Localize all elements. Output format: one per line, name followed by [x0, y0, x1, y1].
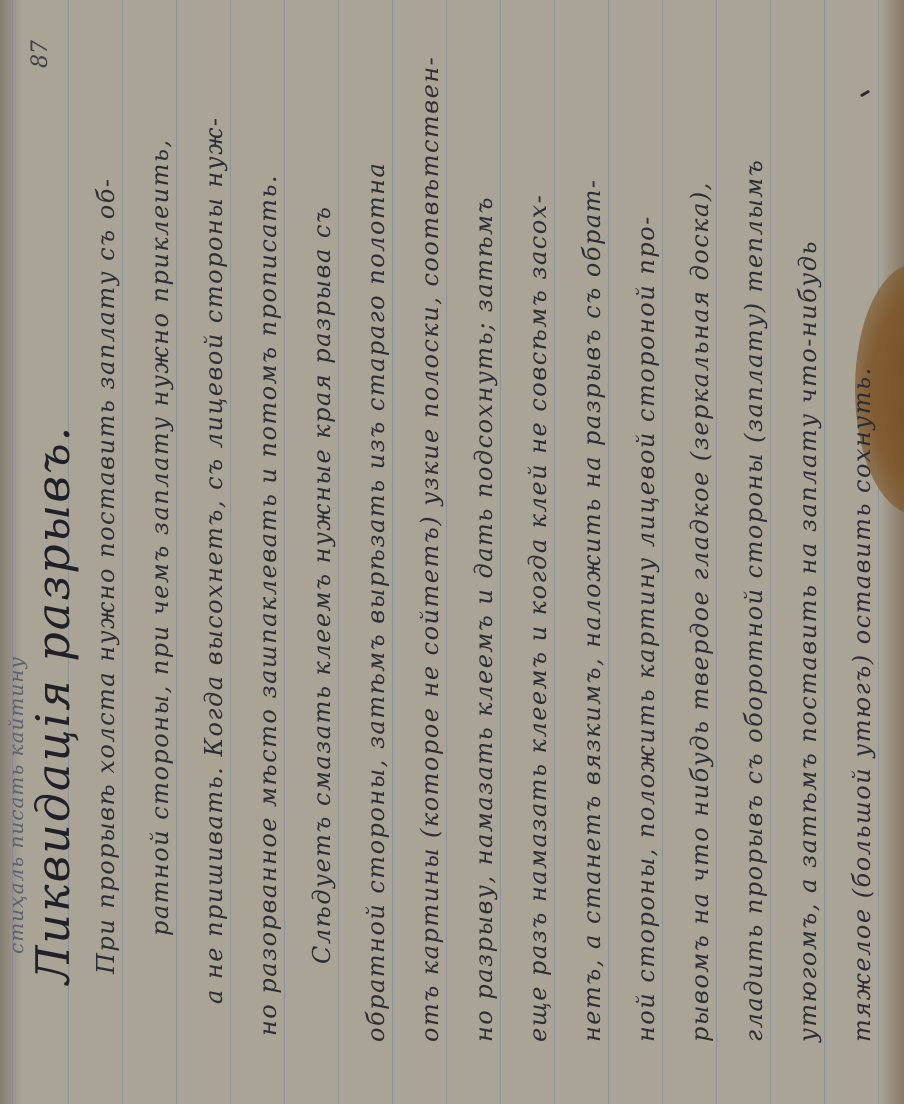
text-line: а не пришивать. Когда высохнетъ, съ лице…: [200, 117, 228, 1005]
top-note: стиҳаль писать кайтину: [4, 656, 28, 954]
ruled-line: [770, 0, 771, 1104]
text-line: гладить прорывъ съ оборотной стороны (за…: [740, 159, 768, 1042]
text-line: тяжелое (большой утюгъ) оставить сохнуть…: [848, 366, 876, 1042]
text-line: Слѣдуетъ смазать клеемъ нужные края разр…: [308, 206, 336, 964]
text-line: нетъ, а станетъ вязкимъ, наложить на раз…: [578, 178, 606, 1042]
ruled-line: [554, 0, 555, 1104]
text-line: При прорывѣ холста нужно поставить запла…: [92, 178, 120, 974]
text-line: но разорванное мѣсто зашпаклевать и пото…: [254, 174, 282, 1036]
ruled-line: [338, 0, 339, 1104]
ruled-line: [446, 0, 447, 1104]
text-line: еще разъ намазать клеемъ и когда клей не…: [524, 194, 552, 1042]
ruled-line: [122, 0, 123, 1104]
text-line: ратной стороны, при чемъ заплату нужно п…: [146, 138, 174, 936]
ruled-line: [824, 0, 825, 1104]
ruled-line: [716, 0, 717, 1104]
ruled-line: [284, 0, 285, 1104]
ruled-line: [662, 0, 663, 1104]
text-line: но разрыву, намазать клеемъ и дать подсо…: [470, 196, 498, 1042]
text-line: утюгомъ, а затѣмъ поставить на заплату ч…: [794, 240, 822, 1042]
text-line: отъ картины (которое не сойтетъ) узкие п…: [416, 56, 444, 1042]
text-line: обратной стороны, затѣмъ вырѣзать изъ ст…: [362, 162, 390, 1042]
page-title: Ликвидація разрывъ.: [26, 425, 80, 984]
ruled-line: [500, 0, 501, 1104]
page-number: 87: [28, 40, 53, 68]
notebook-page: 87 стиҳаль писать кайтину Ликвидація раз…: [0, 0, 904, 1104]
ruled-line: [878, 0, 879, 1104]
document-photo: 87 стиҳаль писать кайтину Ликвидація раз…: [0, 0, 904, 1104]
ruled-line: [608, 0, 609, 1104]
ruled-line: [176, 0, 177, 1104]
ruled-line: [230, 0, 231, 1104]
ruled-line: [392, 0, 393, 1104]
text-line: ной стороны, положить картину лицевой ст…: [632, 215, 660, 1042]
text-line: рывомъ на что нибудь твердое гладкое (зе…: [686, 181, 714, 1042]
